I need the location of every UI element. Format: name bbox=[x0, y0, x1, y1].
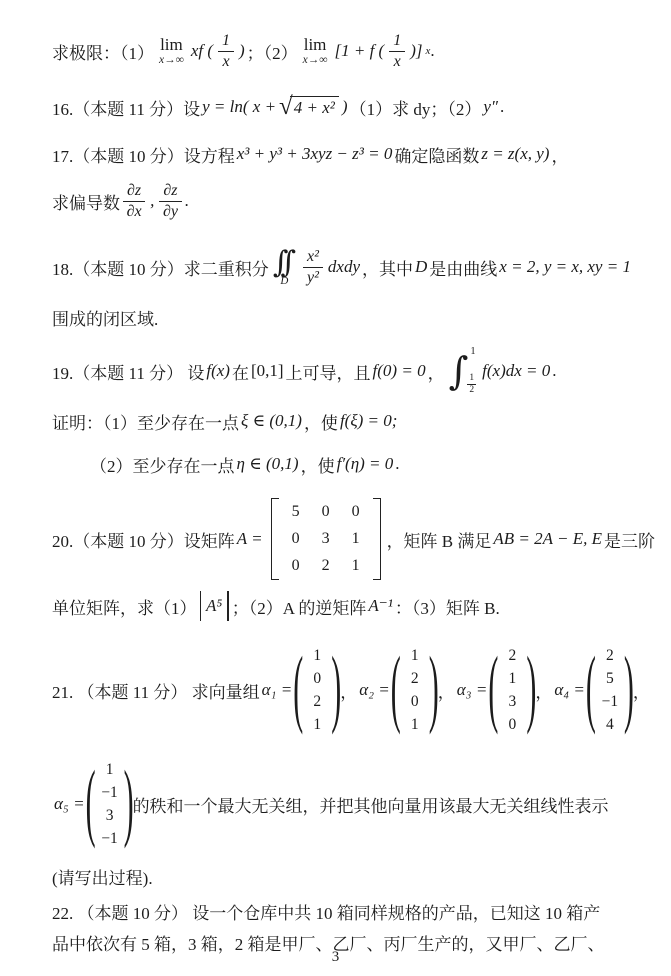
lim-symbol: lim bbox=[304, 36, 327, 53]
q19-p1-mid: ，使 bbox=[304, 409, 338, 434]
q15-mid-text: ；（2） bbox=[247, 39, 298, 64]
q15-expr2-close: )] bbox=[408, 41, 424, 61]
q16-y-double-prime: y″ bbox=[481, 97, 500, 117]
vector-right-paren: ) bbox=[526, 647, 536, 734]
q19-p1-xi: ξ ∈ (0,1) bbox=[239, 411, 304, 431]
q20-head-text: 20.（本题 10 分）设矩阵 bbox=[52, 527, 235, 552]
fraction-numerator: x² bbox=[303, 247, 323, 267]
lim-subscript: x→∞ bbox=[159, 55, 184, 67]
determinant-bar bbox=[200, 591, 202, 621]
q15-expr2-open: [1 + f ( bbox=[332, 41, 386, 61]
integral-with-limits: ∫ 1 1 2 bbox=[449, 346, 477, 396]
vector-entry: 1 bbox=[508, 667, 516, 690]
vector-left-paren: ( bbox=[488, 647, 498, 734]
q19-t3: ， bbox=[428, 359, 445, 384]
question-18-wrap-line: 围成的闭区域. bbox=[52, 302, 647, 332]
q19-p1-conclusion: f(ξ) = 0; bbox=[338, 411, 399, 431]
alpha2-label: α₂ = bbox=[357, 680, 392, 700]
alpha4-label: α₄ = bbox=[552, 680, 587, 700]
q21-note-text: (请写出过程). bbox=[52, 864, 153, 889]
q16-equation-close: ) bbox=[340, 97, 350, 117]
integral-domain-D: D bbox=[280, 276, 288, 287]
limit-operator-1: lim x→∞ bbox=[159, 36, 184, 67]
partial-dz-dx: ∂z ∂x bbox=[123, 181, 145, 220]
q19-t2: 上可导，且 bbox=[286, 359, 371, 384]
q20-A-inverse: A⁻¹ bbox=[366, 596, 394, 616]
matrix-cell: 1 bbox=[352, 557, 360, 575]
q16-head-text: 16.（本题 11 分）设 bbox=[52, 95, 200, 120]
q22-line1-text: 22. （本题 10 分） 设一个仓库中共 10 箱同样规格的产品，已知这 10… bbox=[52, 899, 600, 924]
q15-expr1-close: ) bbox=[237, 41, 247, 61]
vector-entry: −1 bbox=[101, 781, 118, 804]
page-number: 3 bbox=[0, 949, 671, 966]
matrix-cell: 1 bbox=[352, 530, 360, 548]
q19-period: . bbox=[552, 361, 556, 381]
alpha3-label: α₃ = bbox=[455, 680, 490, 700]
matrix-cell: 0 bbox=[322, 503, 330, 521]
matrix-right-bracket bbox=[373, 498, 381, 580]
q20-tail2-text: 是三阶 bbox=[604, 527, 655, 552]
vector-right-paren: ) bbox=[331, 647, 341, 734]
q18-mid-text: ，其中 bbox=[362, 255, 413, 280]
fraction-1-over-x: 1 x bbox=[218, 31, 234, 70]
q20-A-equals: A = bbox=[235, 529, 265, 549]
vector-entry: −1 bbox=[101, 827, 118, 850]
q19-interval: [0,1] bbox=[249, 361, 286, 381]
vector-separator: ， bbox=[340, 678, 357, 703]
vector-entry: 2 bbox=[606, 644, 614, 667]
vector-values: 2 1 3 0 bbox=[496, 642, 528, 739]
fraction-numerator: 1 bbox=[389, 31, 405, 51]
q20-line2-mid: ；（2）A 的逆矩阵 bbox=[232, 594, 367, 619]
q17-z-function: z = z(x, y) bbox=[479, 144, 551, 164]
vector-entry: 1 bbox=[411, 644, 419, 667]
integral-icon: ∫ bbox=[449, 353, 469, 389]
determinant-A5: A⁵ bbox=[197, 591, 232, 621]
fraction-denominator: ∂y bbox=[161, 202, 180, 221]
vector-left-paren: ( bbox=[391, 647, 401, 734]
q17-head-text: 17.（本题 10 分）设方程 bbox=[52, 142, 235, 167]
vector-entry: 2 bbox=[508, 644, 516, 667]
vector-entry: 1 bbox=[313, 713, 321, 736]
double-integral: ∫∫ D bbox=[273, 248, 296, 287]
vector-alpha4: ( 2 5 −1 4 ) bbox=[588, 642, 632, 739]
q20-line2-end: ：（3）矩阵 B. bbox=[395, 594, 500, 619]
matrix-cell: 0 bbox=[352, 503, 360, 521]
question-20-line: 20.（本题 10 分）设矩阵 A = 5 0 0 0 3 1 0 2 1 ，矩… bbox=[52, 492, 647, 586]
q16-period: . bbox=[500, 97, 504, 117]
q18-region-D: D bbox=[413, 257, 429, 277]
vector-alpha5: ( 1 −1 3 −1 ) bbox=[88, 756, 132, 853]
square-root: √ 4 + x² bbox=[279, 96, 339, 119]
vector-entry: 2 bbox=[313, 690, 321, 713]
question-21-note-line: (请写出过程). bbox=[52, 862, 647, 890]
q17-mid-text: 确定隐函数 bbox=[394, 142, 479, 167]
fraction-numerator: ∂z bbox=[159, 181, 181, 201]
q21-tail-text: 的秩和一个最大无关组，并把其他向量用该最大无关组线性表示 bbox=[133, 792, 609, 817]
vector-entry: 4 bbox=[606, 713, 614, 736]
fraction-denominator: x bbox=[392, 52, 403, 71]
vector-values: 2 5 −1 4 bbox=[594, 642, 626, 739]
q20-AB-equation: AB = 2A − E, E bbox=[491, 529, 604, 549]
vector-alpha3: ( 2 1 3 0 ) bbox=[490, 642, 534, 739]
q17-comma-sep: , bbox=[148, 191, 156, 211]
fraction-numerator: 1 bbox=[218, 31, 234, 51]
determinant-bar bbox=[227, 591, 229, 621]
alpha5-label: α₅ = bbox=[52, 794, 87, 814]
alpha1-label: α₁ = bbox=[260, 680, 295, 700]
vector-separator: ， bbox=[438, 678, 455, 703]
vector-right-paren: ) bbox=[124, 761, 134, 848]
fraction-denominator: 2 bbox=[469, 385, 474, 396]
vector-entry: −1 bbox=[602, 690, 619, 713]
vector-entry: 0 bbox=[313, 667, 321, 690]
q18-mid2-text: 是由曲线 bbox=[429, 255, 497, 280]
q19-p2-lead: （2）至少存在一点 bbox=[90, 452, 235, 477]
question-17-partials-line: 求偏导数 ∂z ∂x , ∂z ∂y . bbox=[52, 174, 647, 228]
vector-entry: 3 bbox=[508, 690, 516, 713]
q17-comma: ， bbox=[551, 142, 568, 167]
q15-expr1-pre: xf ( bbox=[189, 41, 215, 61]
q19-fx: f(x) bbox=[204, 361, 232, 381]
matrix-cell: 3 bbox=[322, 530, 330, 548]
vector-right-paren: ) bbox=[624, 647, 634, 734]
question-17-line: 17.（本题 10 分）设方程 x³ + y³ + 3xyz − z³ = 0 … bbox=[52, 138, 647, 170]
q20-A5: A⁵ bbox=[204, 596, 224, 616]
q19-t1: 在 bbox=[232, 359, 249, 384]
vector-separator: ， bbox=[633, 678, 650, 703]
q16-mid-text: （1）求 dy；（2） bbox=[350, 95, 482, 120]
radicand: 4 + x² bbox=[290, 96, 339, 118]
matrix-left-bracket bbox=[271, 498, 279, 580]
vector-left-paren: ( bbox=[586, 647, 596, 734]
question-19-line: 19.（本题 11 分） 设 f(x) 在 [0,1] 上可导，且 f(0) =… bbox=[52, 344, 647, 398]
fraction-denominator: x bbox=[220, 52, 231, 71]
double-integral-icon: ∫∫ bbox=[273, 248, 296, 278]
vector-entry: 1 bbox=[106, 758, 114, 781]
question-21-line: 21. （本题 11 分） 求向量组 α₁ = ( 1 0 2 1 ) ， α₂… bbox=[52, 632, 647, 748]
q18-head-text: 18.（本题 10 分）求二重积分 bbox=[52, 255, 269, 280]
q20-line2-lead: 单位矩阵，求（1） bbox=[52, 594, 197, 619]
question-18-line: 18.（本题 10 分）求二重积分 ∫∫ D x² y² dxdy ，其中 D … bbox=[52, 238, 647, 296]
q19-p2-conclusion: f′(η) = 0 bbox=[335, 454, 396, 474]
q18-curves: x = 2, y = x, xy = 1 bbox=[497, 257, 633, 277]
matrix-cell: 5 bbox=[292, 503, 300, 521]
matrix-A: 5 0 0 0 3 1 0 2 1 bbox=[271, 496, 381, 582]
integral-lower-limit-half: 1 2 bbox=[467, 373, 476, 396]
vector-left-paren: ( bbox=[86, 761, 96, 848]
vector-values: 1 −1 3 −1 bbox=[94, 756, 126, 853]
vector-entry: 1 bbox=[411, 713, 419, 736]
question-15-limits-line: 求极限：（1） lim x→∞ xf ( 1 x ) ；（2） lim x→∞ … bbox=[52, 24, 647, 78]
vector-separator: ， bbox=[535, 678, 552, 703]
q17-implicit-equation: x³ + y³ + 3xyz − z³ = 0 bbox=[235, 144, 395, 164]
q17-line2-period: . bbox=[185, 191, 189, 211]
question-16-line: 16.（本题 11 分）设 y = ln( x + √ 4 + x² ) （1）… bbox=[52, 88, 647, 126]
question-19-proof1-line: 证明：（1）至少存在一点 ξ ∈ (0,1) ，使 f(ξ) = 0; bbox=[52, 406, 647, 436]
fraction-denominator: y² bbox=[305, 268, 321, 287]
matrix-cells: 5 0 0 0 3 1 0 2 1 bbox=[279, 496, 373, 582]
vector-entry: 1 bbox=[313, 644, 321, 667]
exam-page: 求极限：（1） lim x→∞ xf ( 1 x ) ；（2） lim x→∞ … bbox=[0, 0, 671, 976]
vector-entry: 5 bbox=[606, 667, 614, 690]
q18-line2-text: 围成的闭区域. bbox=[52, 305, 158, 330]
vector-right-paren: ) bbox=[429, 647, 439, 734]
fraction-1-over-x: 1 x bbox=[389, 31, 405, 70]
matrix-cell: 2 bbox=[322, 557, 330, 575]
matrix-cell: 0 bbox=[292, 557, 300, 575]
q19-p1-lead: 证明：（1）至少存在一点 bbox=[52, 409, 239, 434]
vector-entry: 3 bbox=[106, 804, 114, 827]
integral-limits: 1 1 2 bbox=[467, 346, 476, 396]
q19-f0: f(0) = 0 bbox=[371, 361, 428, 381]
vector-entry: 0 bbox=[508, 713, 516, 736]
fraction-denominator: ∂x bbox=[125, 202, 144, 221]
question-22-line1: 22. （本题 10 分） 设一个仓库中共 10 箱同样规格的产品，已知这 10… bbox=[52, 896, 647, 927]
integral-upper-limit: 1 bbox=[470, 346, 475, 357]
q17-line2-lead: 求偏导数 bbox=[52, 189, 120, 214]
vector-left-paren: ( bbox=[293, 647, 303, 734]
q15-lead-text: 求极限：（1） bbox=[52, 39, 154, 64]
lim-subscript: x→∞ bbox=[303, 55, 328, 67]
q19-p2-eta: η ∈ (0,1) bbox=[235, 454, 301, 474]
vector-alpha1: ( 1 0 2 1 ) bbox=[295, 642, 339, 739]
q19-p2-period: . bbox=[395, 454, 399, 474]
q19-head-text: 19.（本题 11 分） 设 bbox=[52, 359, 204, 384]
limit-operator-2: lim x→∞ bbox=[303, 36, 328, 67]
partial-dz-dy: ∂z ∂y bbox=[159, 181, 181, 220]
q18-dxdy: dxdy bbox=[326, 257, 362, 277]
question-19-proof2-line: （2）至少存在一点 η ∈ (0,1) ，使 f′(η) = 0 . bbox=[52, 449, 647, 479]
lim-symbol: lim bbox=[160, 36, 183, 53]
vector-alpha2: ( 1 2 0 1 ) bbox=[393, 642, 437, 739]
q15-period: . bbox=[430, 41, 434, 61]
matrix-cell: 0 bbox=[292, 530, 300, 548]
vector-values: 1 2 0 1 bbox=[399, 642, 431, 739]
q20-tail1-text: ，矩阵 B 满足 bbox=[387, 527, 492, 552]
question-20-wrap-line: 单位矩阵，求（1） A⁵ ；（2）A 的逆矩阵 A⁻¹ ：（3）矩阵 B. bbox=[52, 588, 647, 624]
q21-head-text: 21. （本题 11 分） 求向量组 bbox=[52, 678, 260, 703]
fraction-numerator: ∂z bbox=[123, 181, 145, 201]
q19-integral-body: f(x)dx = 0 bbox=[480, 361, 552, 381]
fraction-numerator: 1 bbox=[467, 373, 476, 385]
vector-entry: 0 bbox=[411, 690, 419, 713]
vector-entry: 2 bbox=[411, 667, 419, 690]
vector-values: 1 0 2 1 bbox=[301, 642, 333, 739]
q19-p2-mid: ，使 bbox=[301, 452, 335, 477]
fraction-x2-over-y2: x² y² bbox=[303, 247, 323, 286]
question-21-alpha5-line: α₅ = ( 1 −1 3 −1 ) 的秩和一个最大无关组，并把其他向量用该最大… bbox=[52, 748, 647, 860]
q16-equation-pre: y = ln( x + bbox=[200, 97, 278, 117]
